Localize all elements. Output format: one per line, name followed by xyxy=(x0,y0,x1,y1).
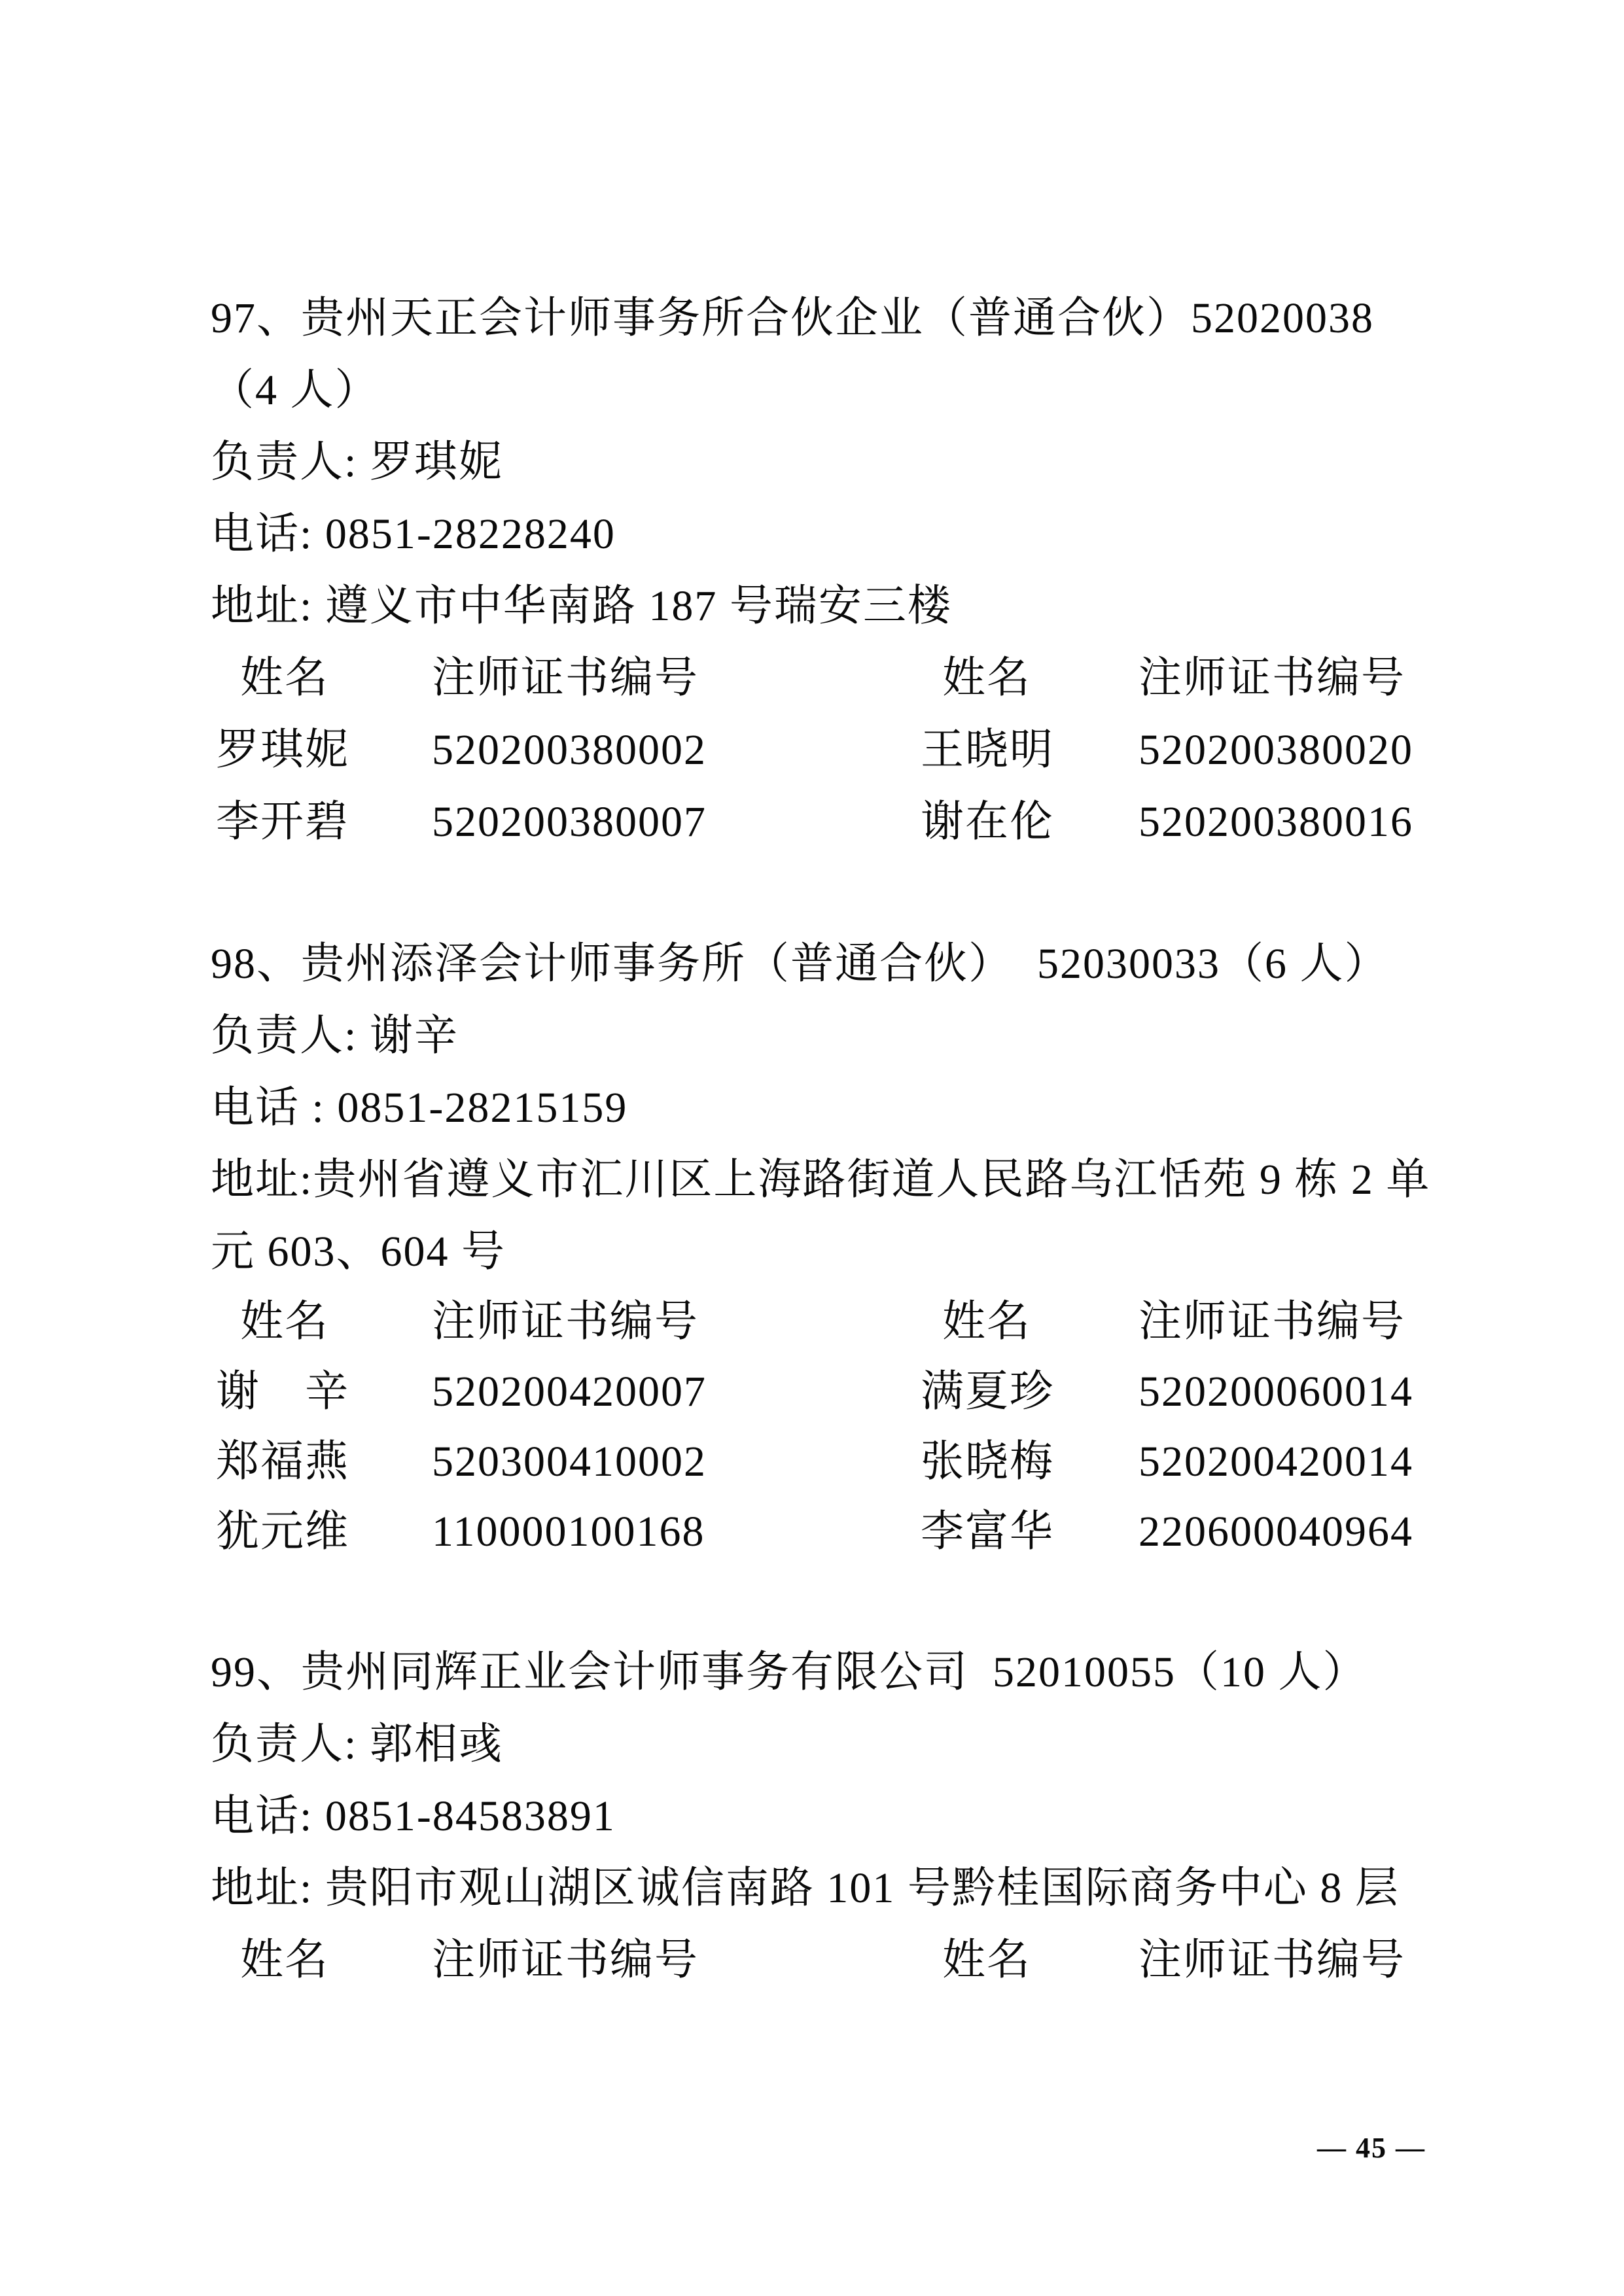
table-row: 罗琪妮 520200380002 王晓明 520200380020 xyxy=(211,725,1428,777)
section-98-address-line-2: 元 603、604 号 xyxy=(211,1226,506,1278)
section-98-title: 98、贵州添泽会计师事务所（普通合伙） 52030033（6 人） xyxy=(211,939,1389,990)
name-cell: 张晓梅 xyxy=(921,1436,1054,1487)
section-98-phone-line: 电话 : 0851-28215159 xyxy=(211,1083,627,1134)
cert-number-header: 注师证书编号 xyxy=(1139,1296,1405,1348)
section-99-phone-line: 电话: 0851-84583891 xyxy=(211,1791,616,1842)
name-cell: 犹元维 xyxy=(216,1506,349,1557)
name-header: 姓名 xyxy=(942,653,1031,704)
document-page: 97、贵州天正会计师事务所合伙企业（普通合伙）52020038 （4 人） 负责… xyxy=(0,0,1624,2296)
cert-number-header: 注师证书编号 xyxy=(432,1935,699,1986)
name-cell: 谢在伦 xyxy=(921,797,1054,848)
table-row: 郑福燕 520300410002 张晓梅 520200420014 xyxy=(211,1436,1428,1489)
cert-number-cell: 520300410002 xyxy=(432,1436,707,1487)
name-cell: 郑福燕 xyxy=(216,1436,349,1487)
name-cell: 李富华 xyxy=(921,1506,1054,1557)
page-number: — 45 — xyxy=(1241,2131,1502,2165)
section-99-manager-line: 负责人: 郭相彧 xyxy=(211,1719,503,1770)
table-row: 犹元维 110000100168 李富华 220600040964 xyxy=(211,1506,1428,1559)
name-header: 姓名 xyxy=(240,653,329,704)
cert-number-cell: 220600040964 xyxy=(1139,1506,1413,1557)
cert-number-cell: 520200380002 xyxy=(432,725,707,776)
cert-number-header: 注师证书编号 xyxy=(432,1296,699,1348)
section-98-manager-line: 负责人: 谢辛 xyxy=(211,1011,459,1062)
section-99-title: 99、贵州同辉正业会计师事务有限公司 52010055（10 人） xyxy=(211,1647,1368,1698)
table-header-row: 姓名 注师证书编号 姓名 注师证书编号 xyxy=(211,1935,1428,1987)
section-97-title: 97、贵州天正会计师事务所合伙企业（普通合伙）52020038 xyxy=(211,293,1374,344)
name-cell: 满夏珍 xyxy=(921,1366,1054,1418)
cert-number-cell: 520200380020 xyxy=(1139,725,1413,776)
cert-number-cell: 110000100168 xyxy=(432,1506,705,1557)
cert-number-header: 注师证书编号 xyxy=(432,653,699,704)
table-row: 谢 辛 520200420007 满夏珍 520200060014 xyxy=(211,1366,1428,1419)
name-cell: 谢 辛 xyxy=(216,1366,349,1418)
cert-number-header: 注师证书编号 xyxy=(1139,1935,1405,1986)
cert-number-cell: 520200420014 xyxy=(1139,1436,1413,1487)
name-cell: 罗琪妮 xyxy=(216,725,349,776)
name-header: 姓名 xyxy=(240,1935,329,1986)
cert-number-cell: 520200380016 xyxy=(1139,797,1413,848)
section-98-address-line: 地址:贵州省遵义市汇川区上海路街道人民路乌江恬苑 9 栋 2 单 xyxy=(211,1155,1430,1206)
table-header-row: 姓名 注师证书编号 姓名 注师证书编号 xyxy=(211,1296,1428,1349)
cert-number-cell: 520200420007 xyxy=(432,1366,707,1418)
cert-number-cell: 520200380007 xyxy=(432,797,707,848)
section-97-address-line: 地址: 遵义市中华南路 187 号瑞安三楼 xyxy=(211,581,952,632)
name-cell: 王晓明 xyxy=(921,725,1054,776)
section-97-manager-line: 负责人: 罗琪妮 xyxy=(211,437,503,488)
cert-number-header: 注师证书编号 xyxy=(1139,653,1405,704)
table-row: 李开碧 520200380007 谢在伦 520200380016 xyxy=(211,797,1428,849)
name-header: 姓名 xyxy=(942,1296,1031,1348)
name-header: 姓名 xyxy=(942,1935,1031,1986)
name-header: 姓名 xyxy=(240,1296,329,1348)
table-header-row: 姓名 注师证书编号 姓名 注师证书编号 xyxy=(211,653,1428,705)
cert-number-cell: 520200060014 xyxy=(1139,1366,1413,1418)
name-cell: 李开碧 xyxy=(216,797,349,848)
section-99-address-line: 地址: 贵阳市观山湖区诚信南路 101 号黔桂国际商务中心 8 层 xyxy=(211,1863,1400,1914)
section-97-title-cont: （4 人） xyxy=(211,365,380,416)
section-97-phone-line: 电话: 0851-28228240 xyxy=(211,509,616,560)
